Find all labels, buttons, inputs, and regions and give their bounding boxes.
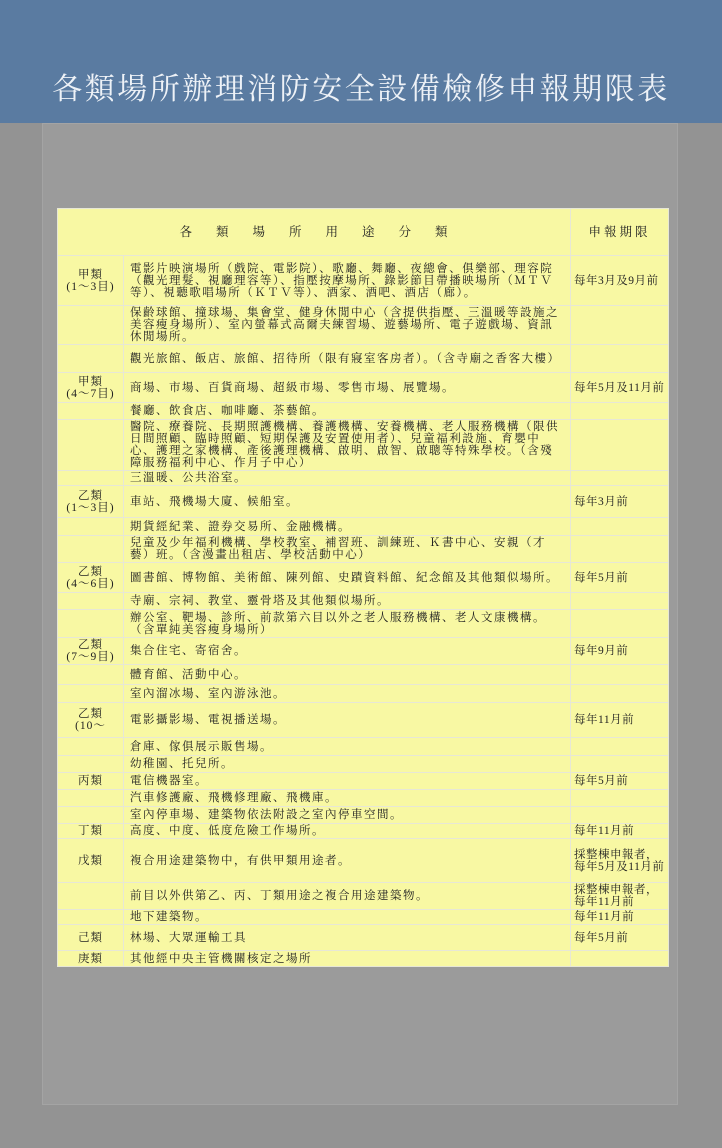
- deadline-cell: [571, 610, 669, 638]
- deadline-cell: [571, 345, 669, 373]
- page-title: 各類場所辦理消防安全設備檢修申報期限表: [52, 75, 670, 105]
- category-cell: 戊類: [58, 839, 124, 883]
- deadline-table: 各類場所用途分類 申報期限 甲類 (1～3目)電影片映演場所（戲院、電影院）、歌…: [57, 208, 669, 967]
- category-cell: 乙類 (7～9目): [58, 638, 124, 665]
- table-row: 保齡球館、撞球場、集會堂、健身休閒中心（含提供指壓、三溫暖等設施之美容瘦身場所）…: [58, 306, 669, 345]
- category-cell: [58, 883, 124, 910]
- usage-cell: 商場、市場、百貨商場、超級市場、零售市場、展覽場。: [124, 373, 571, 403]
- category-cell: [58, 536, 124, 563]
- table-row: 庚類其他經中央主管機關核定之場所: [58, 951, 669, 967]
- category-cell: [58, 685, 124, 703]
- table-row: 室內停車場、建築物依法附設之室內停車空間。: [58, 807, 669, 824]
- usage-cell: 辦公室、靶場、診所、前款第六目以外之老人服務機構、老人文康機構。（含單純美容瘦身…: [124, 610, 571, 638]
- deadline-cell: 每年9月前: [571, 638, 669, 665]
- category-cell: [58, 345, 124, 373]
- usage-header-cell: 各類場所用途分類: [58, 209, 571, 256]
- usage-cell: 其他經中央主管機關核定之場所: [124, 951, 571, 967]
- deadline-cell: [571, 593, 669, 610]
- deadline-cell: [571, 790, 669, 807]
- table-row: 乙類 (7～9目)集合住宅、寄宿舍。每年9月前: [58, 638, 669, 665]
- usage-cell: 寺廟、宗祠、教堂、靈骨塔及其他類似場所。: [124, 593, 571, 610]
- usage-cell: 幼稚園、托兒所。: [124, 756, 571, 773]
- category-cell: 乙類 (4～6目): [58, 563, 124, 593]
- usage-cell: 餐廳、飲食店、咖啡廳、茶藝館。: [124, 403, 571, 420]
- deadline-cell: [571, 951, 669, 967]
- usage-cell: 倉庫、傢俱展示販售場。: [124, 738, 571, 756]
- usage-cell: 電影攝影場、電視播送場。: [124, 703, 571, 738]
- usage-cell: 室內停車場、建築物依法附設之室內停車空間。: [124, 807, 571, 824]
- usage-cell: 三溫暖、公共浴室。: [124, 471, 571, 486]
- category-cell: [58, 738, 124, 756]
- deadline-cell: 每年11月前: [571, 703, 669, 738]
- category-cell: [58, 665, 124, 685]
- deadline-cell: 每年5月及11月前: [571, 373, 669, 403]
- deadline-cell: [571, 471, 669, 486]
- category-cell: [58, 593, 124, 610]
- deadline-cell: [571, 756, 669, 773]
- deadline-cell: [571, 518, 669, 536]
- category-cell: [58, 610, 124, 638]
- table-row: 戊類複合用途建築物中，有供甲類用途者。採整棟申報者，每年5月及11月前: [58, 839, 669, 883]
- table-row: 甲類 (1～3目)電影片映演場所（戲院、電影院）、歌廳、舞廳、夜總會、俱樂部、理…: [58, 256, 669, 306]
- usage-cell: 觀光旅館、飯店、旅館、招待所（限有寢室客房者）。（含寺廟之香客大樓）: [124, 345, 571, 373]
- usage-cell: 車站、飛機場大廈、候船室。: [124, 486, 571, 518]
- category-cell: [58, 756, 124, 773]
- usage-cell: 高度、中度、低度危險工作場所。: [124, 824, 571, 839]
- table-row: 乙類 (1～3目)車站、飛機場大廈、候船室。每年3月前: [58, 486, 669, 518]
- deadline-cell: [571, 403, 669, 420]
- category-cell: [58, 910, 124, 925]
- table-row: 丙類電信機器室。每年5月前: [58, 773, 669, 790]
- category-cell: 甲類 (4～7目): [58, 373, 124, 403]
- table-row: 觀光旅館、飯店、旅館、招待所（限有寢室客房者）。（含寺廟之香客大樓）: [58, 345, 669, 373]
- category-cell: 己類: [58, 925, 124, 951]
- usage-cell: 電影片映演場所（戲院、電影院）、歌廳、舞廳、夜總會、俱樂部、理容院（觀光理髮、視…: [124, 256, 571, 306]
- category-cell: 乙類 (10～: [58, 703, 124, 738]
- deadline-cell: [571, 665, 669, 685]
- table-row: 丁類高度、中度、低度危險工作場所。每年11月前: [58, 824, 669, 839]
- table-row: 餐廳、飲食店、咖啡廳、茶藝館。: [58, 403, 669, 420]
- table-row: 前目以外供第乙、丙、丁類用途之複合用途建築物。採整棟申報者，每年11月前: [58, 883, 669, 910]
- deadline-header-cell: 申報期限: [571, 209, 669, 256]
- category-cell: [58, 790, 124, 807]
- table-row: 甲類 (4～7目)商場、市場、百貨商場、超級市場、零售市場、展覽場。每年5月及1…: [58, 373, 669, 403]
- category-cell: [58, 471, 124, 486]
- deadline-cell: 每年5月前: [571, 773, 669, 790]
- table-row: 幼稚園、托兒所。: [58, 756, 669, 773]
- usage-cell: 室內溜冰場、室內游泳池。: [124, 685, 571, 703]
- table-row: 倉庫、傢俱展示販售場。: [58, 738, 669, 756]
- usage-cell: 集合住宅、寄宿舍。: [124, 638, 571, 665]
- table-row: 室內溜冰場、室內游泳池。: [58, 685, 669, 703]
- category-cell: [58, 403, 124, 420]
- usage-cell: 汽車修護廠、飛機修理廠、飛機庫。: [124, 790, 571, 807]
- deadline-cell: 每年3月前: [571, 486, 669, 518]
- table-header-row: 各類場所用途分類 申報期限: [58, 209, 669, 256]
- category-cell: 庚類: [58, 951, 124, 967]
- table-row: 乙類 (10～電影攝影場、電視播送場。每年11月前: [58, 703, 669, 738]
- table-row: 醫院、療養院、長期照護機構、養護機構、安養機構、老人服務機構（限供日間照顧、臨時…: [58, 420, 669, 471]
- deadline-cell: 每年5月前: [571, 925, 669, 951]
- category-cell: [58, 807, 124, 824]
- usage-cell: 林場、大眾運輸工具: [124, 925, 571, 951]
- title-banner: 各類場所辦理消防安全設備檢修申報期限表: [0, 0, 722, 123]
- usage-cell: 保齡球館、撞球場、集會堂、健身休閒中心（含提供指壓、三溫暖等設施之美容瘦身場所）…: [124, 306, 571, 345]
- deadline-cell: [571, 807, 669, 824]
- category-cell: [58, 518, 124, 536]
- usage-cell: 期貨經紀業、證券交易所、金融機構。: [124, 518, 571, 536]
- usage-cell: 體育館、活動中心。: [124, 665, 571, 685]
- category-cell: 乙類 (1～3目): [58, 486, 124, 518]
- usage-cell: 複合用途建築物中，有供甲類用途者。: [124, 839, 571, 883]
- deadline-cell: 每年11月前: [571, 910, 669, 925]
- deadline-cell: [571, 420, 669, 471]
- category-cell: 丁類: [58, 824, 124, 839]
- deadline-cell: [571, 738, 669, 756]
- table-row: 乙類 (4～6目)圖書館、博物館、美術館、陳列館、史蹟資料館、紀念館及其他類似場…: [58, 563, 669, 593]
- table-row: 地下建築物。每年11月前: [58, 910, 669, 925]
- table-row: 汽車修護廠、飛機修理廠、飛機庫。: [58, 790, 669, 807]
- table-row: 己類林場、大眾運輸工具每年5月前: [58, 925, 669, 951]
- table-row: 寺廟、宗祠、教堂、靈骨塔及其他類似場所。: [58, 593, 669, 610]
- table-row: 兒童及少年福利機構、學校教室、補習班、訓練班、Ｋ書中心、安親（才藝）班。（含漫畫…: [58, 536, 669, 563]
- deadline-cell: [571, 685, 669, 703]
- usage-cell: 醫院、療養院、長期照護機構、養護機構、安養機構、老人服務機構（限供日間照顧、臨時…: [124, 420, 571, 471]
- usage-cell: 地下建築物。: [124, 910, 571, 925]
- deadline-cell: [571, 536, 669, 563]
- category-cell: 甲類 (1～3目): [58, 256, 124, 306]
- table-row: 體育館、活動中心。: [58, 665, 669, 685]
- table-row: 期貨經紀業、證券交易所、金融機構。: [58, 518, 669, 536]
- usage-cell: 電信機器室。: [124, 773, 571, 790]
- deadline-cell: 採整棟申報者，每年5月及11月前: [571, 839, 669, 883]
- usage-cell: 前目以外供第乙、丙、丁類用途之複合用途建築物。: [124, 883, 571, 910]
- category-cell: 丙類: [58, 773, 124, 790]
- usage-cell: 兒童及少年福利機構、學校教室、補習班、訓練班、Ｋ書中心、安親（才藝）班。（含漫畫…: [124, 536, 571, 563]
- category-cell: [58, 306, 124, 345]
- table-row: 三溫暖、公共浴室。: [58, 471, 669, 486]
- usage-cell: 圖書館、博物館、美術館、陳列館、史蹟資料館、紀念館及其他類似場所。: [124, 563, 571, 593]
- table-row: 辦公室、靶場、診所、前款第六目以外之老人服務機構、老人文康機構。（含單純美容瘦身…: [58, 610, 669, 638]
- deadline-cell: [571, 306, 669, 345]
- deadline-cell: 每年3月及9月前: [571, 256, 669, 306]
- deadline-cell: 採整棟申報者，每年11月前: [571, 883, 669, 910]
- deadline-cell: 每年5月前: [571, 563, 669, 593]
- category-cell: [58, 420, 124, 471]
- deadline-cell: 每年11月前: [571, 824, 669, 839]
